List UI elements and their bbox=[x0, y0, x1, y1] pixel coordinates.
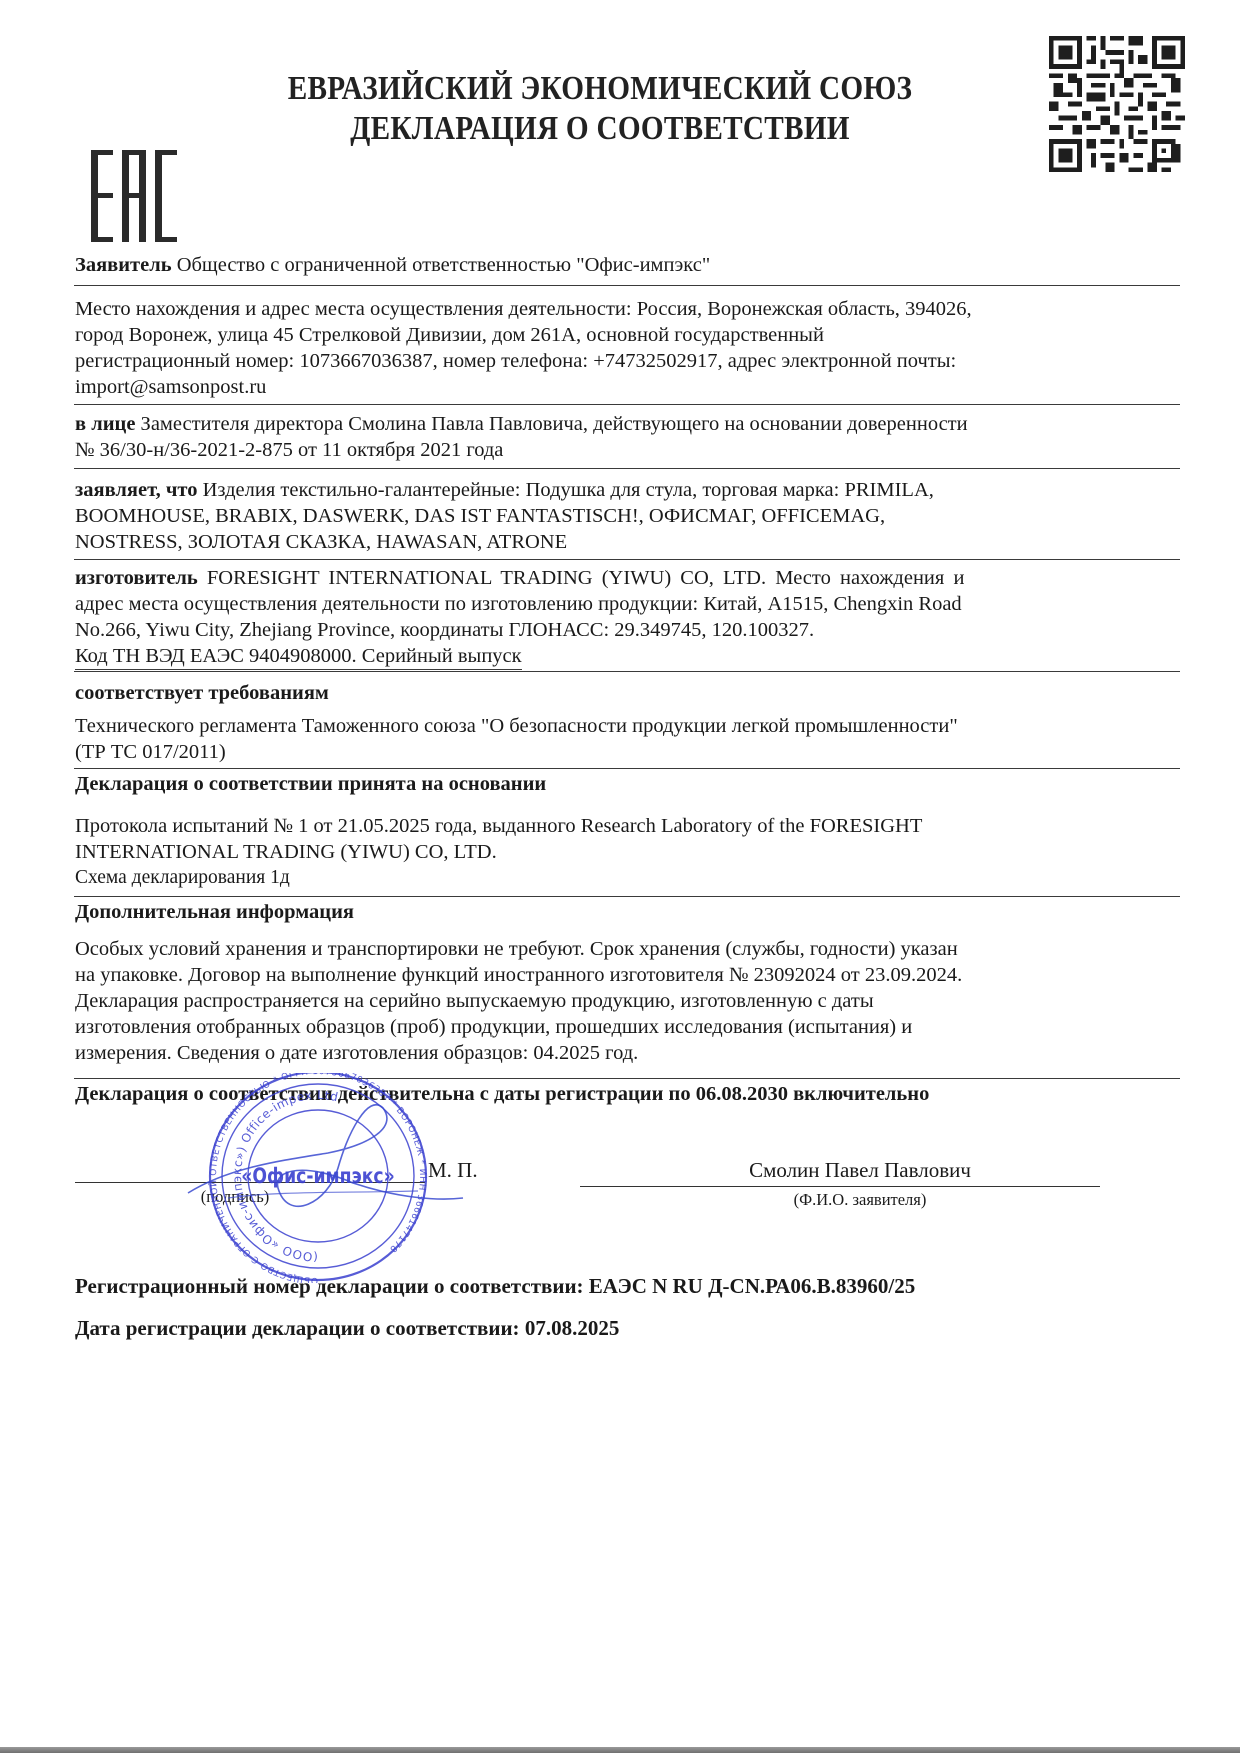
registration-number-label: Регистрационный номер декларации о соотв… bbox=[75, 1274, 584, 1298]
registration-number-row: Регистрационный номер декларации о соотв… bbox=[75, 1273, 915, 1299]
divider bbox=[74, 404, 1180, 405]
address-email: import@samsonpost.ru bbox=[75, 374, 1170, 400]
divider bbox=[74, 768, 1180, 769]
seal-mark-label: М. П. bbox=[428, 1158, 478, 1183]
registration-date-value: 07.08.2025 bbox=[525, 1316, 620, 1340]
declaration-scheme: Схема декларирования 1д bbox=[75, 865, 1170, 891]
manufacturer-line: FORESIGHT INTERNATIONAL TRADING (YIWU) C… bbox=[207, 567, 965, 589]
hs-code-line: Код ТН ВЭД ЕАЭС 9404908000. Серийный вып… bbox=[75, 643, 522, 670]
basis-block: Протокола испытаний № 1 от 21.05.2025 го… bbox=[75, 813, 1170, 891]
declares-label: заявляет, что bbox=[75, 479, 197, 501]
conforms-block: Технического регламента Таможенного союз… bbox=[75, 713, 1170, 765]
applicant-value: Общество с ограниченной ответственностью… bbox=[177, 254, 711, 276]
conforms-heading: соответствует требованиям bbox=[75, 680, 329, 706]
registration-date-label: Дата регистрации декларации о соответств… bbox=[75, 1316, 520, 1340]
validity-statement: Декларация о соответствии действительна … bbox=[75, 1081, 929, 1107]
applicant-row: Заявитель Общество с ограниченной ответс… bbox=[75, 252, 1170, 278]
manufacturer-block: изготовитель FORESIGHT INTERNATIONAL TRA… bbox=[75, 565, 1170, 670]
divider bbox=[74, 1078, 1180, 1079]
scan-edge bbox=[0, 1747, 1240, 1753]
divider bbox=[74, 285, 1180, 286]
stamp-inner-ring-text: (ООО «Офис-импэкс») Office-impex Ltd bbox=[230, 1088, 340, 1264]
additional-info-line: на упаковке. Договор на выполнение функц… bbox=[75, 962, 1170, 988]
address-line: регистрационный номер: 1073667036387, но… bbox=[75, 348, 1170, 374]
address-line: город Воронеж, улица 45 Стрелковой Дивиз… bbox=[75, 322, 1170, 348]
additional-info-line: Особых условий хранения и транспортировк… bbox=[75, 936, 1170, 962]
basis-heading: Декларация о соответствии принята на осн… bbox=[75, 771, 546, 797]
address-line: Место нахождения и адрес места осуществл… bbox=[75, 296, 1170, 322]
manufacturer-line: адрес места осуществления деятельности п… bbox=[75, 591, 1170, 617]
power-of-attorney-line: № 36/30-н/36-2021-2-875 от 11 октября 20… bbox=[75, 437, 1170, 463]
registration-number-value: ЕАЭС N RU Д-CN.РА06.В.83960/25 bbox=[589, 1274, 915, 1298]
signature-line bbox=[75, 1182, 425, 1183]
manufacturer-line: No.266, Yiwu City, Zhejiang Province, ко… bbox=[75, 617, 1170, 643]
product-line: BOOMHOUSE, BRABIX, DASWERK, DAS IST FANT… bbox=[75, 503, 1170, 529]
manufacturer-label: изготовитель bbox=[75, 567, 198, 589]
applicant-label: Заявитель bbox=[75, 254, 172, 276]
document-title-union: ЕВРАЗИЙСКИЙ ЭКОНОМИЧЕСКИЙ СОЮЗ bbox=[239, 68, 961, 110]
additional-info-line: Декларация распространяется на серийно в… bbox=[75, 988, 1170, 1014]
registration-date-row: Дата регистрации декларации о соответств… bbox=[75, 1315, 619, 1341]
applicant-name-line bbox=[580, 1186, 1100, 1187]
applicant-name: Смолин Павел Павлович bbox=[640, 1158, 1080, 1183]
declaration-page: ЕВРАЗИЙСКИЙ ЭКОНОМИЧЕСКИЙ СОЮЗ ДЕКЛАРАЦИ… bbox=[0, 0, 1240, 1754]
address-block: Место нахождения и адрес места осуществл… bbox=[75, 296, 1170, 400]
additional-info-heading: Дополнительная информация bbox=[75, 899, 354, 925]
divider bbox=[74, 896, 1180, 897]
regulation-line: Технического регламента Таможенного союз… bbox=[75, 713, 1170, 739]
represented-by-line: Заместителя директора Смолина Павла Павл… bbox=[141, 413, 968, 435]
product-line: Изделия текстильно-галантерейные: Подушк… bbox=[203, 479, 934, 501]
divider bbox=[74, 671, 1180, 672]
document-title-declaration: ДЕКЛАРАЦИЯ О СООТВЕТСТВИИ bbox=[239, 108, 961, 150]
signature-caption: (подпись) bbox=[170, 1187, 300, 1207]
stamp-center-text: «Офис-импэкс» bbox=[241, 1163, 394, 1188]
divider bbox=[74, 559, 1180, 560]
applicant-name-caption: (Ф.И.О. заявителя) bbox=[640, 1190, 1080, 1210]
regulation-code: (ТР ТС 017/2011) bbox=[75, 739, 1170, 765]
test-protocol-line: Протокола испытаний № 1 от 21.05.2025 го… bbox=[75, 813, 1170, 839]
represented-by-block: в лице Заместителя директора Смолина Пав… bbox=[75, 411, 1170, 463]
additional-info-line: измерения. Сведения о дате изготовления … bbox=[75, 1040, 1170, 1066]
test-protocol-line: INTERNATIONAL TRADING (YIWU) CO, LTD. bbox=[75, 839, 1170, 865]
eac-mark-icon bbox=[91, 150, 178, 242]
divider bbox=[74, 468, 1180, 469]
additional-info-line: изготовления отобранных образцов (проб) … bbox=[75, 1014, 1170, 1040]
additional-info-block: Особых условий хранения и транспортировк… bbox=[75, 936, 1170, 1066]
represented-by-label: в лице bbox=[75, 413, 135, 435]
qr-code-icon bbox=[1048, 36, 1186, 172]
declares-block: заявляет, что Изделия текстильно-галанте… bbox=[75, 477, 1170, 555]
product-line: NOSTRESS, ЗОЛОТАЯ СКАЗКА, HAWASAN, ATRON… bbox=[75, 529, 1170, 555]
svg-text:(ООО «Офис-импэкс») Office-imp: (ООО «Офис-импэкс») Office-impex Ltd bbox=[230, 1088, 340, 1264]
